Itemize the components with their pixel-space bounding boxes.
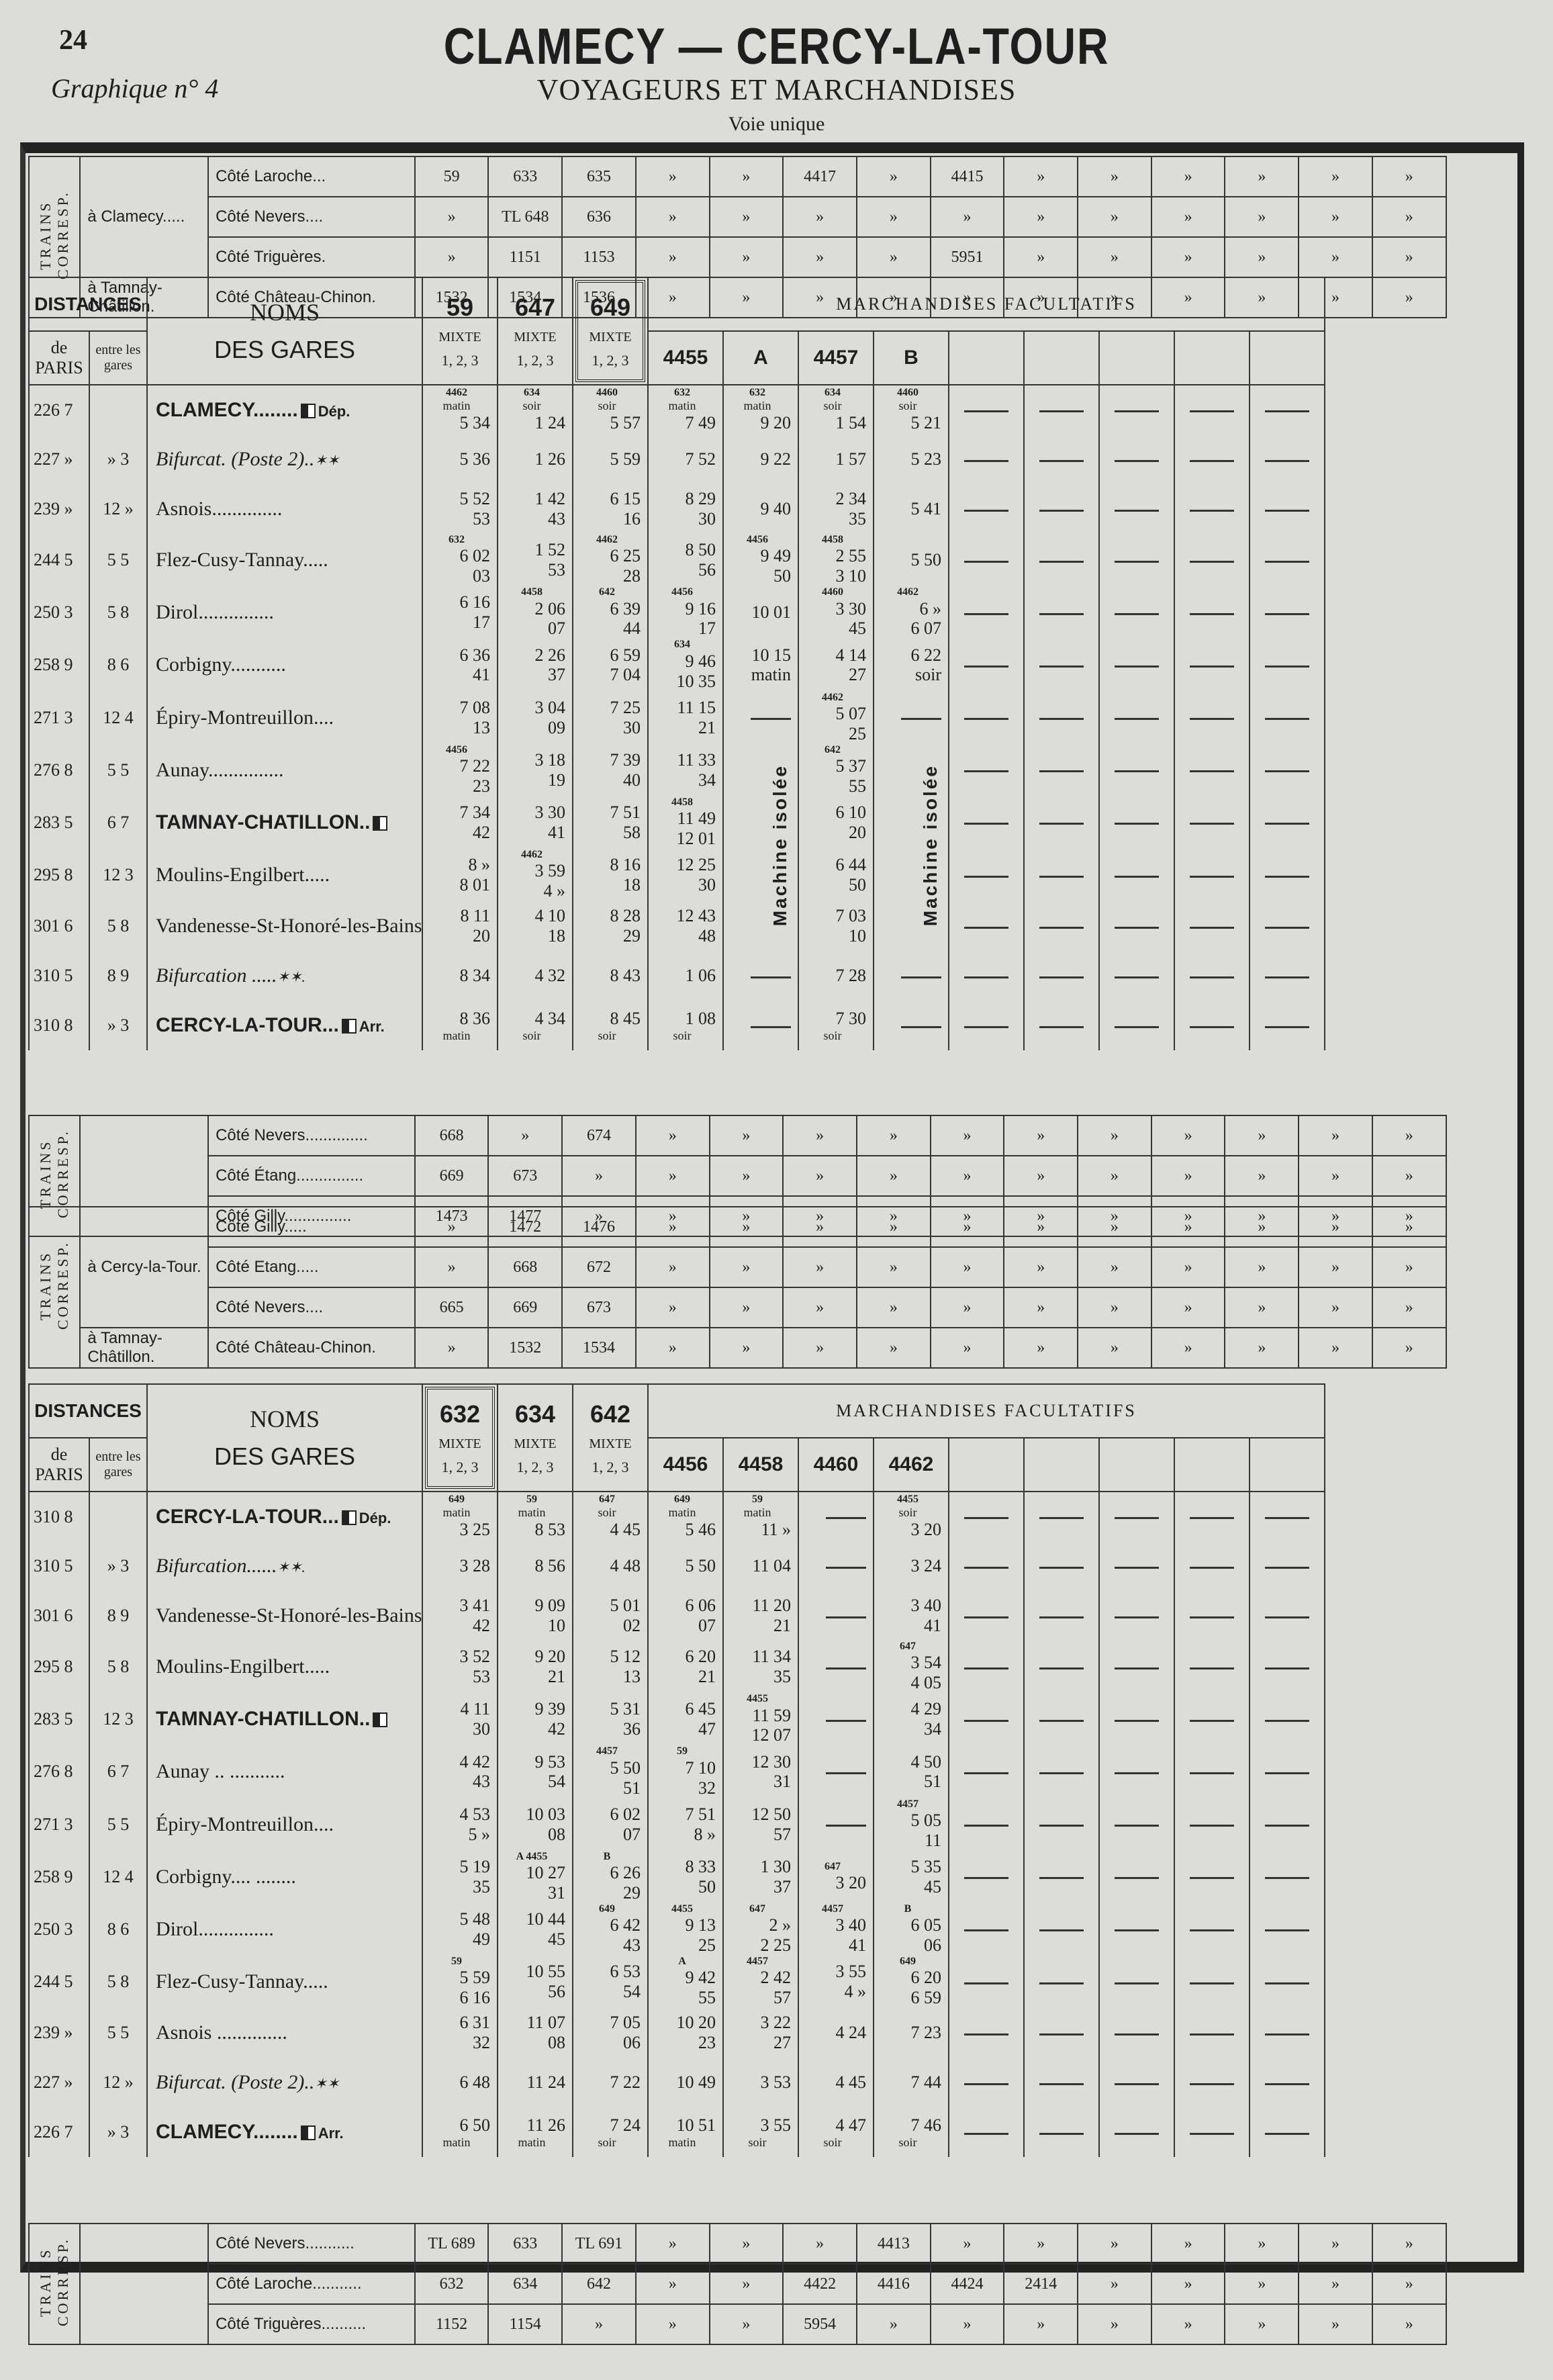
no-service-dash	[1039, 1825, 1084, 1827]
station-name: Bifurcation......✶✶.	[147, 1541, 422, 1591]
arrival-time: 9 49	[724, 546, 791, 566]
empty-freight-cell	[1174, 1851, 1250, 1903]
km-from-paris: 276 8	[29, 1745, 89, 1798]
train-classes: 1, 2, 3	[423, 1459, 497, 1476]
time-cell: 9 40	[723, 484, 798, 534]
freight-train-number: 4458	[723, 1438, 798, 1492]
km-from-paris: 239 »	[29, 2008, 89, 2058]
crossing-train: 4460	[573, 387, 641, 399]
time-cell: 3 55soir	[723, 2107, 798, 2157]
empty-freight-cell	[1024, 1851, 1099, 1903]
time-cell: 8 3350	[648, 1851, 723, 1903]
arrival-time: 6 39	[573, 599, 641, 619]
arrival-time: 7 23	[874, 2023, 941, 2043]
time-cell: 10 2023	[648, 2008, 723, 2058]
arrival-time: 1 24	[498, 413, 565, 433]
corr-label: Côté Nevers...........	[208, 2224, 415, 2264]
station-name: Asnois ..............	[147, 2008, 422, 2058]
time-cell: 6326 0203	[422, 534, 498, 586]
de-label: de	[30, 338, 89, 358]
crossing-train: 4462	[799, 692, 866, 704]
arrival-time: 1 52	[498, 540, 565, 560]
station-suffix: Arr.	[318, 2125, 344, 2142]
corr-station: à Clamecy.....	[80, 156, 208, 277]
arrival-time: 11 07	[498, 2013, 565, 2033]
page-number: 24	[59, 24, 87, 56]
time-cell: 6496 206 59	[874, 1956, 949, 2008]
time-cell: 597 1032	[648, 1745, 723, 1798]
empty-freight-cell	[1099, 586, 1174, 639]
arrival-time: 8 11	[423, 906, 490, 926]
no-service-dash	[1039, 770, 1084, 772]
time-cell: 1 08soir	[648, 1001, 723, 1050]
time-cell: 649matin3 25	[422, 1492, 498, 1541]
corr-value: »	[1004, 197, 1078, 237]
no-service-dash	[1039, 613, 1084, 615]
corr-value: »	[1004, 156, 1078, 197]
departure-time: 41	[498, 823, 565, 843]
freight-train-number: B	[874, 331, 949, 385]
crossing-train: B	[573, 1851, 641, 1863]
time-cell: 6 50matin	[422, 2107, 498, 2157]
train-number: 634	[498, 1400, 572, 1428]
time-cell: 44567 2223	[422, 744, 498, 796]
station-label: Corbigny.... ........	[156, 1866, 296, 1888]
departure-time: 34	[874, 1719, 941, 1739]
station-label: Dirol...............	[156, 1918, 274, 1940]
corr-value: »	[1299, 2264, 1372, 2304]
departure-time: 47	[649, 1719, 716, 1739]
arrival-time: 2 34	[799, 489, 866, 509]
km-between: 8 6	[89, 639, 147, 691]
period-tag: matin	[423, 1506, 490, 1520]
departure-time: 10	[799, 926, 866, 946]
empty-freight-cell	[1099, 1641, 1174, 1693]
corr-row: Côté Triguères..........11521154»»»5954»…	[29, 2304, 1518, 2344]
crossing-train: 642	[799, 744, 866, 756]
time-cell: 44623 594 »	[498, 849, 573, 901]
station-label: Moulins-Engilbert.....	[156, 1655, 330, 1678]
time-cell	[723, 951, 798, 1001]
arrival-time: 5 01	[573, 1596, 641, 1616]
corr-value: »	[562, 1156, 636, 1196]
arrival-time: 9 22	[724, 449, 791, 469]
empty-freight-cell	[1024, 1903, 1099, 1956]
departure-time: 18	[573, 875, 641, 895]
crossing-train: 647	[874, 1641, 941, 1653]
empty-freight-cell	[1024, 1492, 1099, 1541]
corr-value: »	[636, 1115, 710, 1156]
crossing-train: 59	[649, 1745, 716, 1757]
crossing-train: 59	[423, 1956, 490, 1968]
empty-freight-cell	[1174, 1591, 1250, 1641]
time-cell: 3 53	[723, 2058, 798, 2107]
no-service-dash	[1115, 1616, 1159, 1618]
corr-group-label: TRAINS CORRESP.	[29, 1207, 80, 1368]
corr-value: »	[783, 1156, 857, 1196]
time-cell	[798, 1745, 874, 1798]
page-subtitle: VOYAGEURS ET MARCHANDISES	[0, 73, 1553, 107]
empty-freight-cell	[949, 901, 1024, 951]
empty-freight-cell	[949, 534, 1024, 586]
time-cell: 3 4142	[422, 1591, 498, 1641]
no-service-dash	[1115, 1567, 1159, 1569]
empty-freight-cell	[949, 1001, 1024, 1050]
empty-freight-cell	[1250, 1798, 1325, 1851]
km-between: 12 3	[89, 849, 147, 901]
train-classes: 1, 2, 3	[498, 1459, 572, 1476]
corr-value: 672	[562, 1247, 636, 1287]
empty-freight-cell	[1174, 1798, 1250, 1851]
station-name: Épiry-Montreuillon....	[147, 1798, 422, 1851]
no-service-dash	[1039, 1982, 1084, 1984]
departure-time: 53	[498, 560, 565, 580]
period-tag: matin	[649, 399, 716, 413]
corr-value: »	[1372, 2304, 1446, 2344]
km-between: 8 9	[89, 951, 147, 1001]
departure-time: 56	[649, 560, 716, 580]
km-between: » 3	[89, 2107, 147, 2157]
corr-value: »	[1004, 1247, 1078, 1287]
empty-freight-cell	[1024, 1798, 1099, 1851]
paris-label: PARIS	[30, 1465, 89, 1485]
station-label: TAMNAY-CHATILLON..	[156, 811, 370, 833]
corr-value: 633	[488, 2224, 562, 2264]
corr-value: 668	[415, 1115, 489, 1156]
empty-freight-cell	[1250, 639, 1325, 691]
no-service-dash	[1265, 1517, 1309, 1519]
corr-value: »	[1078, 1207, 1151, 1247]
station-name: Bifurcation .....✶✶.	[147, 951, 422, 1001]
time-cell	[798, 1591, 874, 1641]
crossing-train: 4462	[874, 586, 941, 598]
station-row: 250 35 8Dirol...............6 161744582 …	[29, 586, 1518, 639]
station-row: 239 »12 »Asnois..............5 52531 424…	[29, 484, 1518, 534]
time-cell: 4 34soir	[498, 1001, 573, 1050]
no-service-dash	[964, 876, 1008, 878]
train-number: 632	[423, 1400, 497, 1428]
no-service-dash	[1265, 1982, 1309, 1984]
arrival-time: 5 37	[799, 756, 866, 776]
no-service-dash	[1265, 770, 1309, 772]
empty-freight-cell	[1250, 434, 1325, 484]
freight-train-number: 4456	[648, 1438, 723, 1492]
no-service-dash	[1190, 1517, 1234, 1519]
empty-freight-cell	[1174, 434, 1250, 484]
no-service-dash	[964, 460, 1008, 462]
empty-freight-cell	[1024, 1541, 1099, 1591]
arrival-time: 11 20	[724, 1596, 791, 1616]
no-service-dash	[1115, 1772, 1159, 1774]
corr-value: »	[857, 1115, 931, 1156]
time-cell: Machine isolée	[874, 744, 949, 952]
time-cell: 44569 1617	[648, 586, 723, 639]
departure-time: 49	[423, 1929, 490, 1950]
crossing-train: 4460	[799, 586, 866, 598]
arrival-time: 12 30	[724, 1752, 791, 1772]
train-type: MIXTE	[573, 1436, 647, 1452]
time-cell: 6 1020	[798, 796, 874, 849]
no-service-dash	[1115, 613, 1159, 615]
time-cell: 6496 4243	[573, 1903, 648, 1956]
no-service-dash	[1039, 510, 1084, 512]
arrival-time: 12 50	[724, 1804, 791, 1825]
corr-value: »	[1225, 237, 1299, 277]
no-service-dash	[1115, 460, 1159, 462]
arrival-time: 8 36	[423, 1009, 490, 1029]
time-cell: 5 41	[874, 484, 949, 534]
time-cell	[723, 692, 798, 744]
arrival-time: 3 59	[498, 861, 565, 881]
no-service-dash	[1265, 1825, 1309, 1827]
corr-value: »	[857, 197, 931, 237]
empty-freight-cell	[949, 484, 1024, 534]
corr-value: »	[1225, 1156, 1299, 1196]
corr-value: »	[710, 2224, 784, 2264]
departure-time: 50	[799, 875, 866, 895]
corr-value: »	[415, 237, 489, 277]
corr-value: »	[1299, 1207, 1372, 1247]
corr-value: »	[1299, 1328, 1372, 1368]
station-label: CERCY-LA-TOUR...	[156, 1014, 339, 1036]
train-header: 647MIXTE1, 2, 3	[498, 277, 573, 385]
arrival-time: 7 30	[799, 1009, 866, 1029]
time-cell	[798, 1541, 874, 1591]
no-service-dash	[1039, 1567, 1084, 1569]
corr-value: »	[710, 2264, 784, 2304]
period-tag: matin	[498, 1506, 565, 1520]
time-cell: 632matin7 49	[648, 385, 723, 434]
station-label: Dirol...............	[156, 601, 274, 623]
no-service-dash	[1115, 976, 1159, 978]
empty-freight-cell	[949, 385, 1024, 434]
corr-row: TRAINS CORRESP.à Cercy-la-Tour.Côté Gill…	[29, 1207, 1518, 1247]
period-tag: soir	[799, 399, 866, 413]
no-service-dash	[1115, 876, 1159, 878]
time-cell: 5 3136	[573, 1693, 648, 1745]
arrival-time: 10 15	[724, 645, 791, 666]
empty-freight-cell	[949, 1693, 1024, 1745]
time-cell: 8 1120	[422, 901, 498, 951]
empty-freight-cell	[1174, 796, 1250, 849]
period-tag: soir	[573, 399, 641, 413]
corr-label: Côté Laroche...........	[208, 2264, 415, 2304]
period-tag: matin	[498, 2136, 565, 2150]
period-tag: matin	[423, 1029, 490, 1043]
km-from-paris: 301 6	[29, 1591, 89, 1641]
time-cell: 4 45	[798, 2058, 874, 2107]
arrival-time: 3 24	[874, 1556, 941, 1576]
empty-freight-cell	[1250, 2008, 1325, 2058]
corr-value: »	[488, 1115, 562, 1156]
departure-time: 08	[498, 1825, 565, 1845]
station-names-header: NOMSDES GARES	[147, 1384, 422, 1492]
empty-freight-cell	[1099, 1798, 1174, 1851]
time-cell: 9 5354	[498, 1745, 573, 1798]
time-cell: 4 4243	[422, 1745, 498, 1798]
junction-station-icon	[373, 1712, 387, 1727]
corr-value: 669	[415, 1156, 489, 1196]
no-service-dash	[1039, 561, 1084, 563]
arrival-time: 4 50	[874, 1752, 941, 1772]
station-name: Vandenesse-St-Honoré-les-Bains.	[147, 901, 422, 951]
no-service-dash	[1039, 1772, 1084, 1774]
freight-train-number	[1250, 331, 1325, 385]
km-between	[89, 1492, 147, 1541]
corr-value: 4417	[783, 156, 857, 197]
time-cell: 3 0409	[498, 692, 573, 744]
corr-value: »	[931, 1247, 1004, 1287]
arrival-time: 11 49	[649, 809, 716, 829]
corr-value: »	[931, 1115, 1004, 1156]
time-cell: 1 06	[648, 951, 723, 1001]
corr-label: Côté Nevers..............	[208, 1115, 415, 1156]
departure-time: 37	[498, 665, 565, 685]
empty-freight-cell	[1250, 1541, 1325, 1591]
station-label: Asnois ..............	[156, 2021, 287, 2044]
time-cell	[874, 951, 949, 1001]
km-from-paris: 276 8	[29, 744, 89, 796]
no-service-dash	[964, 666, 1008, 668]
corr-value: »	[1078, 1287, 1151, 1328]
empty-freight-cell	[949, 1492, 1024, 1541]
no-service-dash	[1115, 2033, 1159, 2035]
freight-train-number	[1099, 331, 1174, 385]
time-cell: 59matin8 53	[498, 1492, 573, 1541]
empty-freight-cell	[949, 1541, 1024, 1591]
station-name: Dirol...............	[147, 1903, 422, 1956]
corr-value: 1153	[562, 237, 636, 277]
no-service-dash	[1265, 1772, 1309, 1774]
arrival-time: 8 34	[423, 966, 490, 986]
empty-freight-cell	[949, 1745, 1024, 1798]
time-cell: 5 4849	[422, 1903, 498, 1956]
time-cell: 8 56	[498, 1541, 573, 1591]
departure-time: 30	[649, 509, 716, 529]
no-service-dash	[1039, 718, 1084, 720]
empty-freight-cell	[949, 1903, 1024, 1956]
station-label: Asnois..............	[156, 498, 282, 520]
empty-freight-cell	[1250, 534, 1325, 586]
corr-value: 668	[488, 1247, 562, 1287]
no-service-dash	[1039, 410, 1084, 412]
time-cell: 12 4348	[648, 901, 723, 951]
departure-time: 48	[649, 926, 716, 946]
corr-value: »	[1372, 2264, 1446, 2304]
no-service-dash	[964, 1825, 1008, 1827]
freight-train-number: 4457	[798, 331, 874, 385]
corr-value: 636	[562, 197, 636, 237]
time-cell: 8 2930	[648, 484, 723, 534]
no-service-dash	[1115, 2133, 1159, 2135]
departure-time: 54	[498, 1772, 565, 1792]
time-cell: 445811 4912 01	[648, 796, 723, 849]
no-service-dash	[1190, 2133, 1234, 2135]
departure-time: 25	[799, 724, 866, 744]
corr-label: Côté Triguères..........	[208, 2304, 415, 2344]
crossing-train: 649	[573, 1903, 641, 1915]
no-stop-dash	[826, 1720, 866, 1722]
km-from-paris: 239 »	[29, 484, 89, 534]
arrival-time: 5 19	[423, 1857, 490, 1877]
departure-time: 40	[573, 770, 641, 790]
no-stop-dash	[751, 976, 791, 978]
station-name: Moulins-Engilbert.....	[147, 849, 422, 901]
km-between: 5 8	[89, 1956, 147, 2008]
corr-value: »	[1299, 2224, 1372, 2264]
departure-time: 4 05	[874, 1673, 941, 1693]
km-from-paris: 295 8	[29, 1641, 89, 1693]
station-suffix: ✶✶	[314, 2075, 339, 2092]
no-service-dash	[1115, 927, 1159, 929]
departure-time: 8 01	[423, 875, 490, 895]
empty-freight-cell	[1024, 385, 1099, 434]
no-service-dash	[964, 1929, 1008, 1931]
no-service-dash	[1190, 1929, 1234, 1931]
km-between-header: entre les gares	[89, 331, 147, 385]
arrival-time: 7 22	[423, 756, 490, 776]
empty-freight-cell	[1024, 796, 1099, 849]
junction-station-icon	[342, 1019, 357, 1034]
period-tag: soir	[573, 2136, 641, 2150]
crossing-train: 634	[799, 387, 866, 399]
time-cell: 6 22soir	[874, 639, 949, 691]
corr-value: »	[1299, 2304, 1372, 2344]
arrival-time: 3 25	[423, 1520, 490, 1540]
no-service-dash	[1190, 1877, 1234, 1879]
no-service-dash	[1115, 2083, 1159, 2085]
time-cell: 3 28	[422, 1541, 498, 1591]
arrival-time: 5 34	[423, 413, 490, 433]
paris-label: PARIS	[30, 358, 89, 378]
arrival-time: 11 59	[724, 1706, 791, 1726]
no-service-dash	[1039, 823, 1084, 825]
arrival-time: 7 22	[573, 2072, 641, 2093]
arrival-time: 2 42	[724, 1968, 791, 1988]
corr-value: »	[1372, 1115, 1446, 1156]
arrival-time: 11 34	[724, 1647, 791, 1667]
departure-time: 27	[724, 2033, 791, 2053]
arrival-time: 6 15	[573, 489, 641, 509]
arrival-time: 7 34	[423, 803, 490, 823]
departure-time: 20	[799, 823, 866, 843]
empty-freight-cell	[1174, 951, 1250, 1001]
time-cell: 8 1618	[573, 849, 648, 901]
corr-value: »	[1078, 197, 1151, 237]
corr-value: »	[1372, 1287, 1446, 1328]
time-cell: 10 0308	[498, 1798, 573, 1851]
corr-value: »	[1225, 1115, 1299, 1156]
schedule-cercy-clamecy: DISTANCESNOMSDES GARES632MIXTE1, 2, 3634…	[28, 1383, 1519, 2157]
departure-time: 02	[573, 1616, 641, 1636]
km-between	[89, 385, 147, 434]
station-row: 276 85 5Aunay...............44567 22233 …	[29, 744, 1518, 796]
freight-train-number	[949, 1438, 1024, 1492]
arrival-time: 5 41	[874, 499, 941, 519]
corr-value: 635	[562, 156, 636, 197]
station-name: Moulins-Engilbert.....	[147, 1641, 422, 1693]
no-service-dash	[1190, 927, 1234, 929]
time-cell	[798, 1798, 874, 1851]
machine-isolee-note: Machine isolée	[769, 764, 791, 926]
arrival-time: 7 51	[649, 1804, 716, 1825]
corr-group-label: TRAINS CORRESP.	[29, 2224, 80, 2344]
time-cell: 6 1617	[422, 586, 498, 639]
no-service-dash	[1190, 1667, 1234, 1669]
junction-station-icon	[301, 2125, 316, 2140]
train-number: 647	[498, 293, 572, 322]
empty-freight-cell	[949, 586, 1024, 639]
